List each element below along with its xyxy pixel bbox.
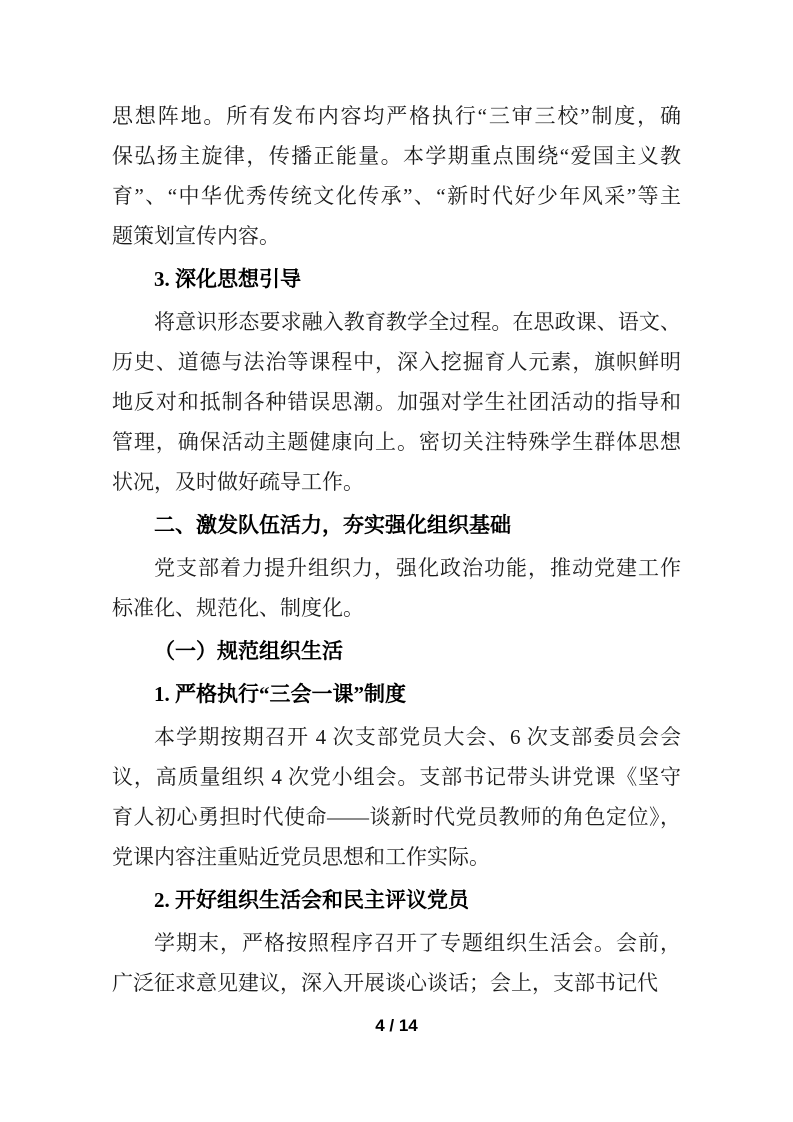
paragraph: 将意识形态要求融入教育教学全过程。在思政课、语文、历史、道德与法治等课程中，深入… — [112, 302, 681, 502]
document-body: 思想阵地。所有发布内容均严格执行“三审三校”制度，确保弘扬主旋律，传播正能量。本… — [112, 96, 681, 1003]
text-line: 学期末，严格按照程序召开了专题组织生活会。会前， — [112, 923, 681, 963]
text-line: 标准化、规范化、制度化。 — [112, 588, 681, 628]
text-line: 3. 深化思想引导 — [112, 259, 681, 299]
text-line: 地反对和抵制各种错误思潮。加强对学生社团活动的指导和 — [112, 382, 681, 422]
text-line: 历史、道德与法治等课程中，深入挖掘育人元素，旗帜鲜明 — [112, 342, 681, 382]
heading: 1. 严格执行“三会一课”制度 — [112, 674, 681, 714]
text-line: 育人初心勇担时代使命——谈新时代党员教师的角色定位》， — [112, 797, 681, 837]
text-line: 管理，确保活动主题健康向上。密切关注特殊学生群体思想 — [112, 422, 681, 462]
text-line: 议，高质量组织 4 次党小组会。支部书记带头讲党课《坚守 — [112, 757, 681, 797]
text-line: 广泛征求意见建议，深入开展谈心谈话；会上，支部书记代 — [112, 963, 681, 1003]
paragraph: 本学期按期召开 4 次支部党员大会、6 次支部委员会会议，高质量组织 4 次党小… — [112, 717, 681, 877]
paragraph: 党支部着力提升组织力，强化政治功能，推动党建工作标准化、规范化、制度化。 — [112, 548, 681, 628]
text-line: 状况，及时做好疏导工作。 — [112, 462, 681, 502]
page-footer: 4 / 14 — [0, 1014, 793, 1038]
page-number: 4 / 14 — [375, 1016, 418, 1035]
text-line: 二、激发队伍活力，夯实强化组织基础 — [112, 505, 681, 545]
text-line: 党支部着力提升组织力，强化政治功能，推动党建工作 — [112, 548, 681, 588]
document-page: 思想阵地。所有发布内容均严格执行“三审三校”制度，确保弘扬主旋律，传播正能量。本… — [0, 0, 793, 1122]
paragraph: 思想阵地。所有发布内容均严格执行“三审三校”制度，确保弘扬主旋律，传播正能量。本… — [112, 96, 681, 256]
text-line: 2. 开好组织生活会和民主评议党员 — [112, 880, 681, 920]
text-line: 1. 严格执行“三会一课”制度 — [112, 674, 681, 714]
paragraph: 学期末，严格按照程序召开了专题组织生活会。会前，广泛征求意见建议，深入开展谈心谈… — [112, 923, 681, 1003]
text-line: 题策划宣传内容。 — [112, 216, 681, 256]
text-line: 保弘扬主旋律，传播正能量。本学期重点围绕“爱国主义教 — [112, 136, 681, 176]
heading: 3. 深化思想引导 — [112, 259, 681, 299]
text-line: 育”、“中华优秀传统文化传承”、“新时代好少年风采”等主 — [112, 176, 681, 216]
heading: 二、激发队伍活力，夯实强化组织基础 — [112, 505, 681, 545]
heading: （一）规范组织生活 — [112, 631, 681, 671]
text-line: 本学期按期召开 4 次支部党员大会、6 次支部委员会会 — [112, 717, 681, 757]
text-line: 思想阵地。所有发布内容均严格执行“三审三校”制度，确 — [112, 96, 681, 136]
heading: 2. 开好组织生活会和民主评议党员 — [112, 880, 681, 920]
text-line: 将意识形态要求融入教育教学全过程。在思政课、语文、 — [112, 302, 681, 342]
text-line: 党课内容注重贴近党员思想和工作实际。 — [112, 837, 681, 877]
text-line: （一）规范组织生活 — [112, 631, 681, 671]
